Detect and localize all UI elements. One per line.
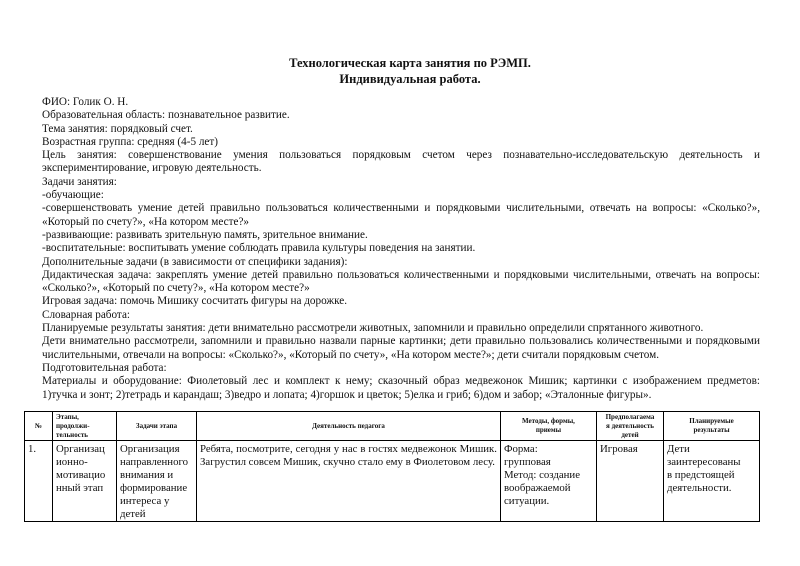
extra-tasks-heading: Дополнительные задачи (в зависимости от … (42, 256, 760, 269)
table-header-row: № Этапы, продолжи- тельность Задачи этап… (25, 412, 760, 441)
age-group-line: Возрастная группа: средняя (4-5 лет) (42, 136, 760, 149)
planned-results-2: Дети внимательно рассмотрели, запомнили … (42, 335, 760, 348)
cell-stage-tasks: Организация направленного внимания и фор… (117, 441, 197, 522)
header-teacher-activity: Деятельность педагога (197, 412, 501, 441)
preparation-heading: Подготовительная работа: (42, 362, 760, 375)
didactic-task-cont: «Сколько?», «Который по счету?», «На кот… (42, 282, 760, 295)
header-planned-results: Планируемые результаты (664, 412, 760, 441)
task-upbringing: -воспитательные: воспитывать умение собл… (42, 242, 760, 255)
cell-planned-results: Дети заинтересованы в предстоящей деятел… (664, 441, 760, 522)
game-task: Игровая задача: помочь Мишику сосчитать … (42, 295, 760, 308)
goal-line: Цель занятия: совершенствование умения п… (42, 149, 760, 162)
cell-methods: Форма: групповая Метод: создание воображ… (501, 441, 597, 522)
edu-area-line: Образовательная область: познавательное … (42, 109, 760, 122)
planned-results-2-cont: числительными, отвечали на вопросы: «Ско… (42, 349, 760, 362)
topic-line: Тема занятия: порядковый счет. (42, 123, 760, 136)
cell-num: 1. (25, 441, 53, 522)
goal-line-cont: экспериментирование, игровую деятельност… (42, 162, 760, 175)
vocabulary-heading: Словарная работа: (42, 309, 760, 322)
cell-children-activity: Игровая (597, 441, 664, 522)
materials-line: Материалы и оборудование: Фиолетовый лес… (42, 375, 760, 388)
lesson-plan-table: № Этапы, продолжи- тельность Задачи этап… (24, 411, 760, 522)
document-body: ФИО: Голик О. Н. Образовательная область… (42, 96, 760, 402)
header-methods: Методы, формы, приемы (501, 412, 597, 441)
fio-line: ФИО: Голик О. Н. (42, 96, 760, 109)
cell-teacher-activity: Ребята, посмотрите, сегодня у нас в гост… (197, 441, 501, 522)
didactic-task: Дидактическая задача: закреплять умение … (42, 269, 760, 282)
header-children-activity: Предполагаема я деятельность детей (597, 412, 664, 441)
header-stages: Этапы, продолжи- тельность (53, 412, 117, 441)
task-educational-cont: «Который по счету?», «На котором месте?» (42, 216, 760, 229)
header-stage-tasks: Задачи этапа (117, 412, 197, 441)
document-title: Технологическая карта занятия по РЭМП. (10, 55, 800, 72)
table-row: 1. Организац ионно- мотивацио нный этап … (25, 441, 760, 522)
tasks-educational-heading: -обучающие: (42, 189, 760, 202)
task-educational: -совершенствовать умение детей правильно… (42, 202, 760, 215)
tasks-heading: Задачи занятия: (42, 176, 760, 189)
materials-line-cont: 1)тучка и зонт; 2)тетрадь и карандаш; 3)… (42, 389, 760, 402)
planned-results: Планируемые результаты занятия: дети вни… (42, 322, 760, 335)
cell-stage: Организац ионно- мотивацио нный этап (53, 441, 117, 522)
header-num: № (25, 412, 53, 441)
document-subtitle: Индивидуальная работа. (10, 71, 800, 88)
task-developing: -развивающие: развивать зрительную памят… (42, 229, 760, 242)
